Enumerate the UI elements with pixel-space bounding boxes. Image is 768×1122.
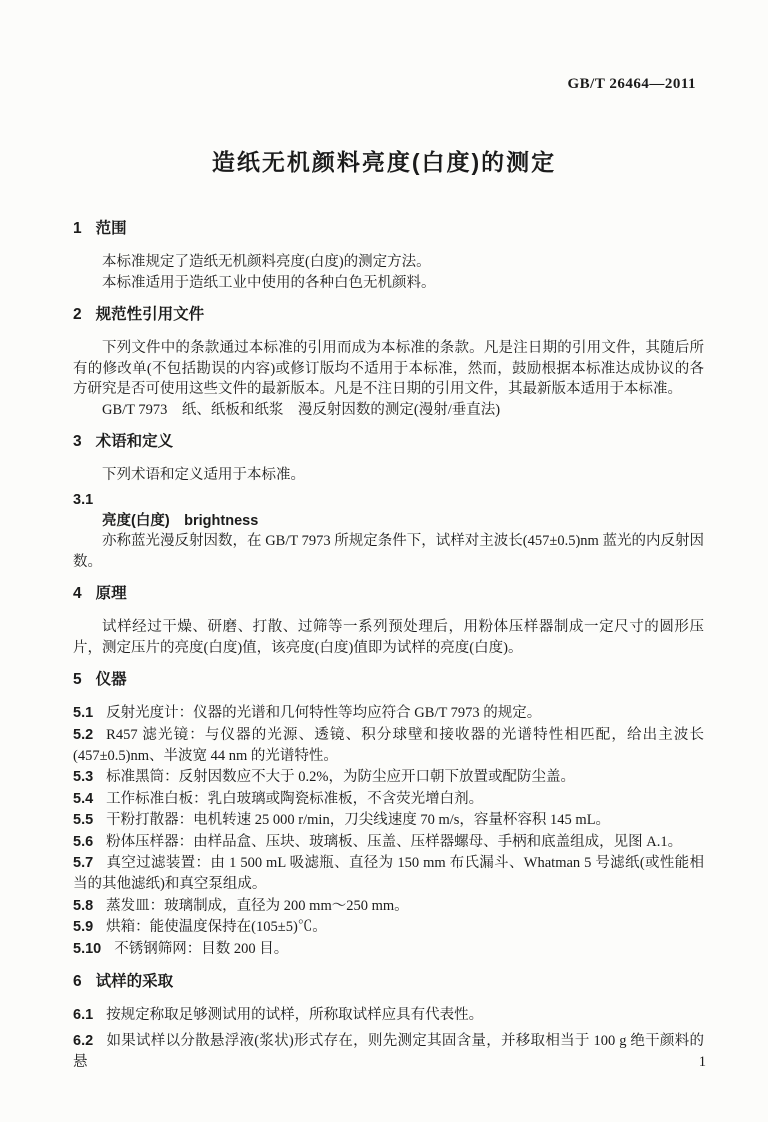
clause-5-6: 5.6粉体压样器：由样品盒、压块、玻璃板、压盖、压样器螺母、手柄和底盖组成，见图… xyxy=(73,832,704,853)
paragraph-terms-intro: 下列术语和定义适用于本标准。 xyxy=(73,465,704,486)
clause-text: 如果试样以分散悬浮液(浆状)形式存在，则先测定其固含量，并移取相当于 100 g… xyxy=(73,1033,704,1070)
section-4-title: 原理 xyxy=(96,585,127,602)
clause-text: R457 滤光镜：与仪器的光源、透镜、积分球壁和接收器的光谱特性相匹配，给出主波… xyxy=(73,727,704,764)
clause-5-10: 5.10不锈钢筛网：目数 200 目。 xyxy=(73,939,704,960)
clause-number: 6.1 xyxy=(73,1007,93,1023)
paragraph-scope-2: 本标准适用于造纸工业中使用的各种白色无机颜料。 xyxy=(73,273,704,294)
clause-5-8: 5.8蒸发皿：玻璃制成，直径为 200 mm～250 mm。 xyxy=(73,896,704,917)
section-5-heading: 5仪器 xyxy=(73,671,704,688)
section-6-title: 试样的采取 xyxy=(96,973,174,990)
section-3-heading: 3术语和定义 xyxy=(73,433,704,450)
clause-5-3: 5.3标准黑筒：反射因数应不大于 0.2%，为防尘应开口朝下放置或配防尘盖。 xyxy=(73,767,704,788)
paragraph-principle: 试样经过干燥、研磨、打散、过筛等一系列预处理后，用粉体压样器制成一定尺寸的圆形压… xyxy=(73,617,704,658)
clause-5-2: 5.2R457 滤光镜：与仪器的光源、透镜、积分球壁和接收器的光谱特性相匹配，给… xyxy=(73,725,704,767)
clause-text: 真空过滤装置：由 1 500 mL 吸滤瓶、直径为 150 mm 布氏漏斗、Wh… xyxy=(73,855,704,892)
section-5-title: 仪器 xyxy=(96,671,127,688)
clause-number: 6.2 xyxy=(73,1033,93,1049)
clause-number: 5.6 xyxy=(73,834,93,850)
paragraph-scope-1: 本标准规定了造纸无机颜料亮度(白度)的测定方法。 xyxy=(73,252,704,273)
section-1-number: 1 xyxy=(73,220,82,237)
section-4-number: 4 xyxy=(73,585,82,602)
clause-text: 不锈钢筛网：目数 200 目。 xyxy=(114,941,288,957)
clause-text: 干粉打散器：电机转速 25 000 r/min，刀尖线速度 70 m/s，容量杯… xyxy=(106,812,610,828)
clause-5-9: 5.9烘箱：能使温度保持在(105±5)℃。 xyxy=(73,917,704,938)
clause-text: 烘箱：能使温度保持在(105±5)℃。 xyxy=(106,919,327,935)
term-definition: 亦称蓝光漫反射因数，在 GB/T 7973 所规定条件下，试样对主波长(457±… xyxy=(73,531,704,572)
clause-text: 粉体压样器：由样品盒、压块、玻璃板、压盖、压样器螺母、手柄和底盖组成，见图 A.… xyxy=(106,834,682,850)
section-5-number: 5 xyxy=(73,671,82,688)
paragraph-normative-refs: 下列文件中的条款通过本标准的引用而成为本标准的条款。凡是注日期的引用文件，其随后… xyxy=(73,338,704,400)
clause-6-2: 6.2如果试样以分散悬浮液(浆状)形式存在，则先测定其固含量，并移取相当于 10… xyxy=(73,1031,704,1073)
clause-text: 反射光度计：仪器的光谱和几何特性等均应符合 GB/T 7973 的规定。 xyxy=(106,705,541,721)
clause-number: 5.4 xyxy=(73,791,93,807)
section-1-title: 范围 xyxy=(96,220,127,237)
clause-text: 按规定称取足够测试用的试样，所称取试样应具有代表性。 xyxy=(106,1007,483,1023)
clause-number: 5.5 xyxy=(73,812,93,828)
clause-text: 工作标准白板：乳白玻璃或陶瓷标准板，不含荧光增白剂。 xyxy=(106,791,483,807)
clause-text: 蒸发皿：玻璃制成，直径为 200 mm～250 mm。 xyxy=(106,898,409,914)
clause-5-4: 5.4工作标准白板：乳白玻璃或陶瓷标准板，不含荧光增白剂。 xyxy=(73,789,704,810)
clause-number: 5.7 xyxy=(73,855,93,871)
standard-number: GB/T 26464—2011 xyxy=(0,0,768,93)
section-1-heading: 1范围 xyxy=(73,220,704,237)
referenced-standard: GB/T 7973 纸、纸板和纸浆 漫反射因数的测定(漫射/垂直法) xyxy=(73,400,704,421)
clause-5-1: 5.1反射光度计：仪器的光谱和几何特性等均应符合 GB/T 7973 的规定。 xyxy=(73,703,704,724)
clause-3-1-number: 3.1 xyxy=(73,490,704,511)
document-title: 造纸无机颜料亮度(白度)的测定 xyxy=(0,149,768,175)
section-3-title: 术语和定义 xyxy=(96,433,174,450)
page-number: 1 xyxy=(699,1054,706,1071)
clause-6-1: 6.1按规定称取足够测试用的试样，所称取试样应具有代表性。 xyxy=(73,1005,704,1026)
clause-5-5: 5.5干粉打散器：电机转速 25 000 r/min，刀尖线速度 70 m/s，… xyxy=(73,810,704,831)
clause-number: 5.10 xyxy=(73,941,101,957)
section-2-number: 2 xyxy=(73,306,82,323)
clause-text: 标准黑筒：反射因数应不大于 0.2%，为防尘应开口朝下放置或配防尘盖。 xyxy=(106,769,575,785)
section-2-heading: 2规范性引用文件 xyxy=(73,306,704,323)
section-3-number: 3 xyxy=(73,433,82,450)
section-4-heading: 4原理 xyxy=(73,585,704,602)
section-6-number: 6 xyxy=(73,973,82,990)
clause-number: 5.8 xyxy=(73,898,93,914)
document-body: 1范围 本标准规定了造纸无机颜料亮度(白度)的测定方法。 本标准适用于造纸工业中… xyxy=(73,220,704,1073)
section-6-heading: 6试样的采取 xyxy=(73,973,704,990)
clause-number: 5.1 xyxy=(73,705,93,721)
term-brightness: 亮度(白度) brightness xyxy=(73,511,704,532)
document-page: GB/T 26464—2011 造纸无机颜料亮度(白度)的测定 1范围 本标准规… xyxy=(0,0,768,1073)
clause-number: 5.9 xyxy=(73,919,93,935)
clause-number: 5.3 xyxy=(73,769,93,785)
section-2-title: 规范性引用文件 xyxy=(96,306,205,323)
clause-5-7: 5.7真空过滤装置：由 1 500 mL 吸滤瓶、直径为 150 mm 布氏漏斗… xyxy=(73,853,704,895)
clause-number: 5.2 xyxy=(73,727,93,743)
